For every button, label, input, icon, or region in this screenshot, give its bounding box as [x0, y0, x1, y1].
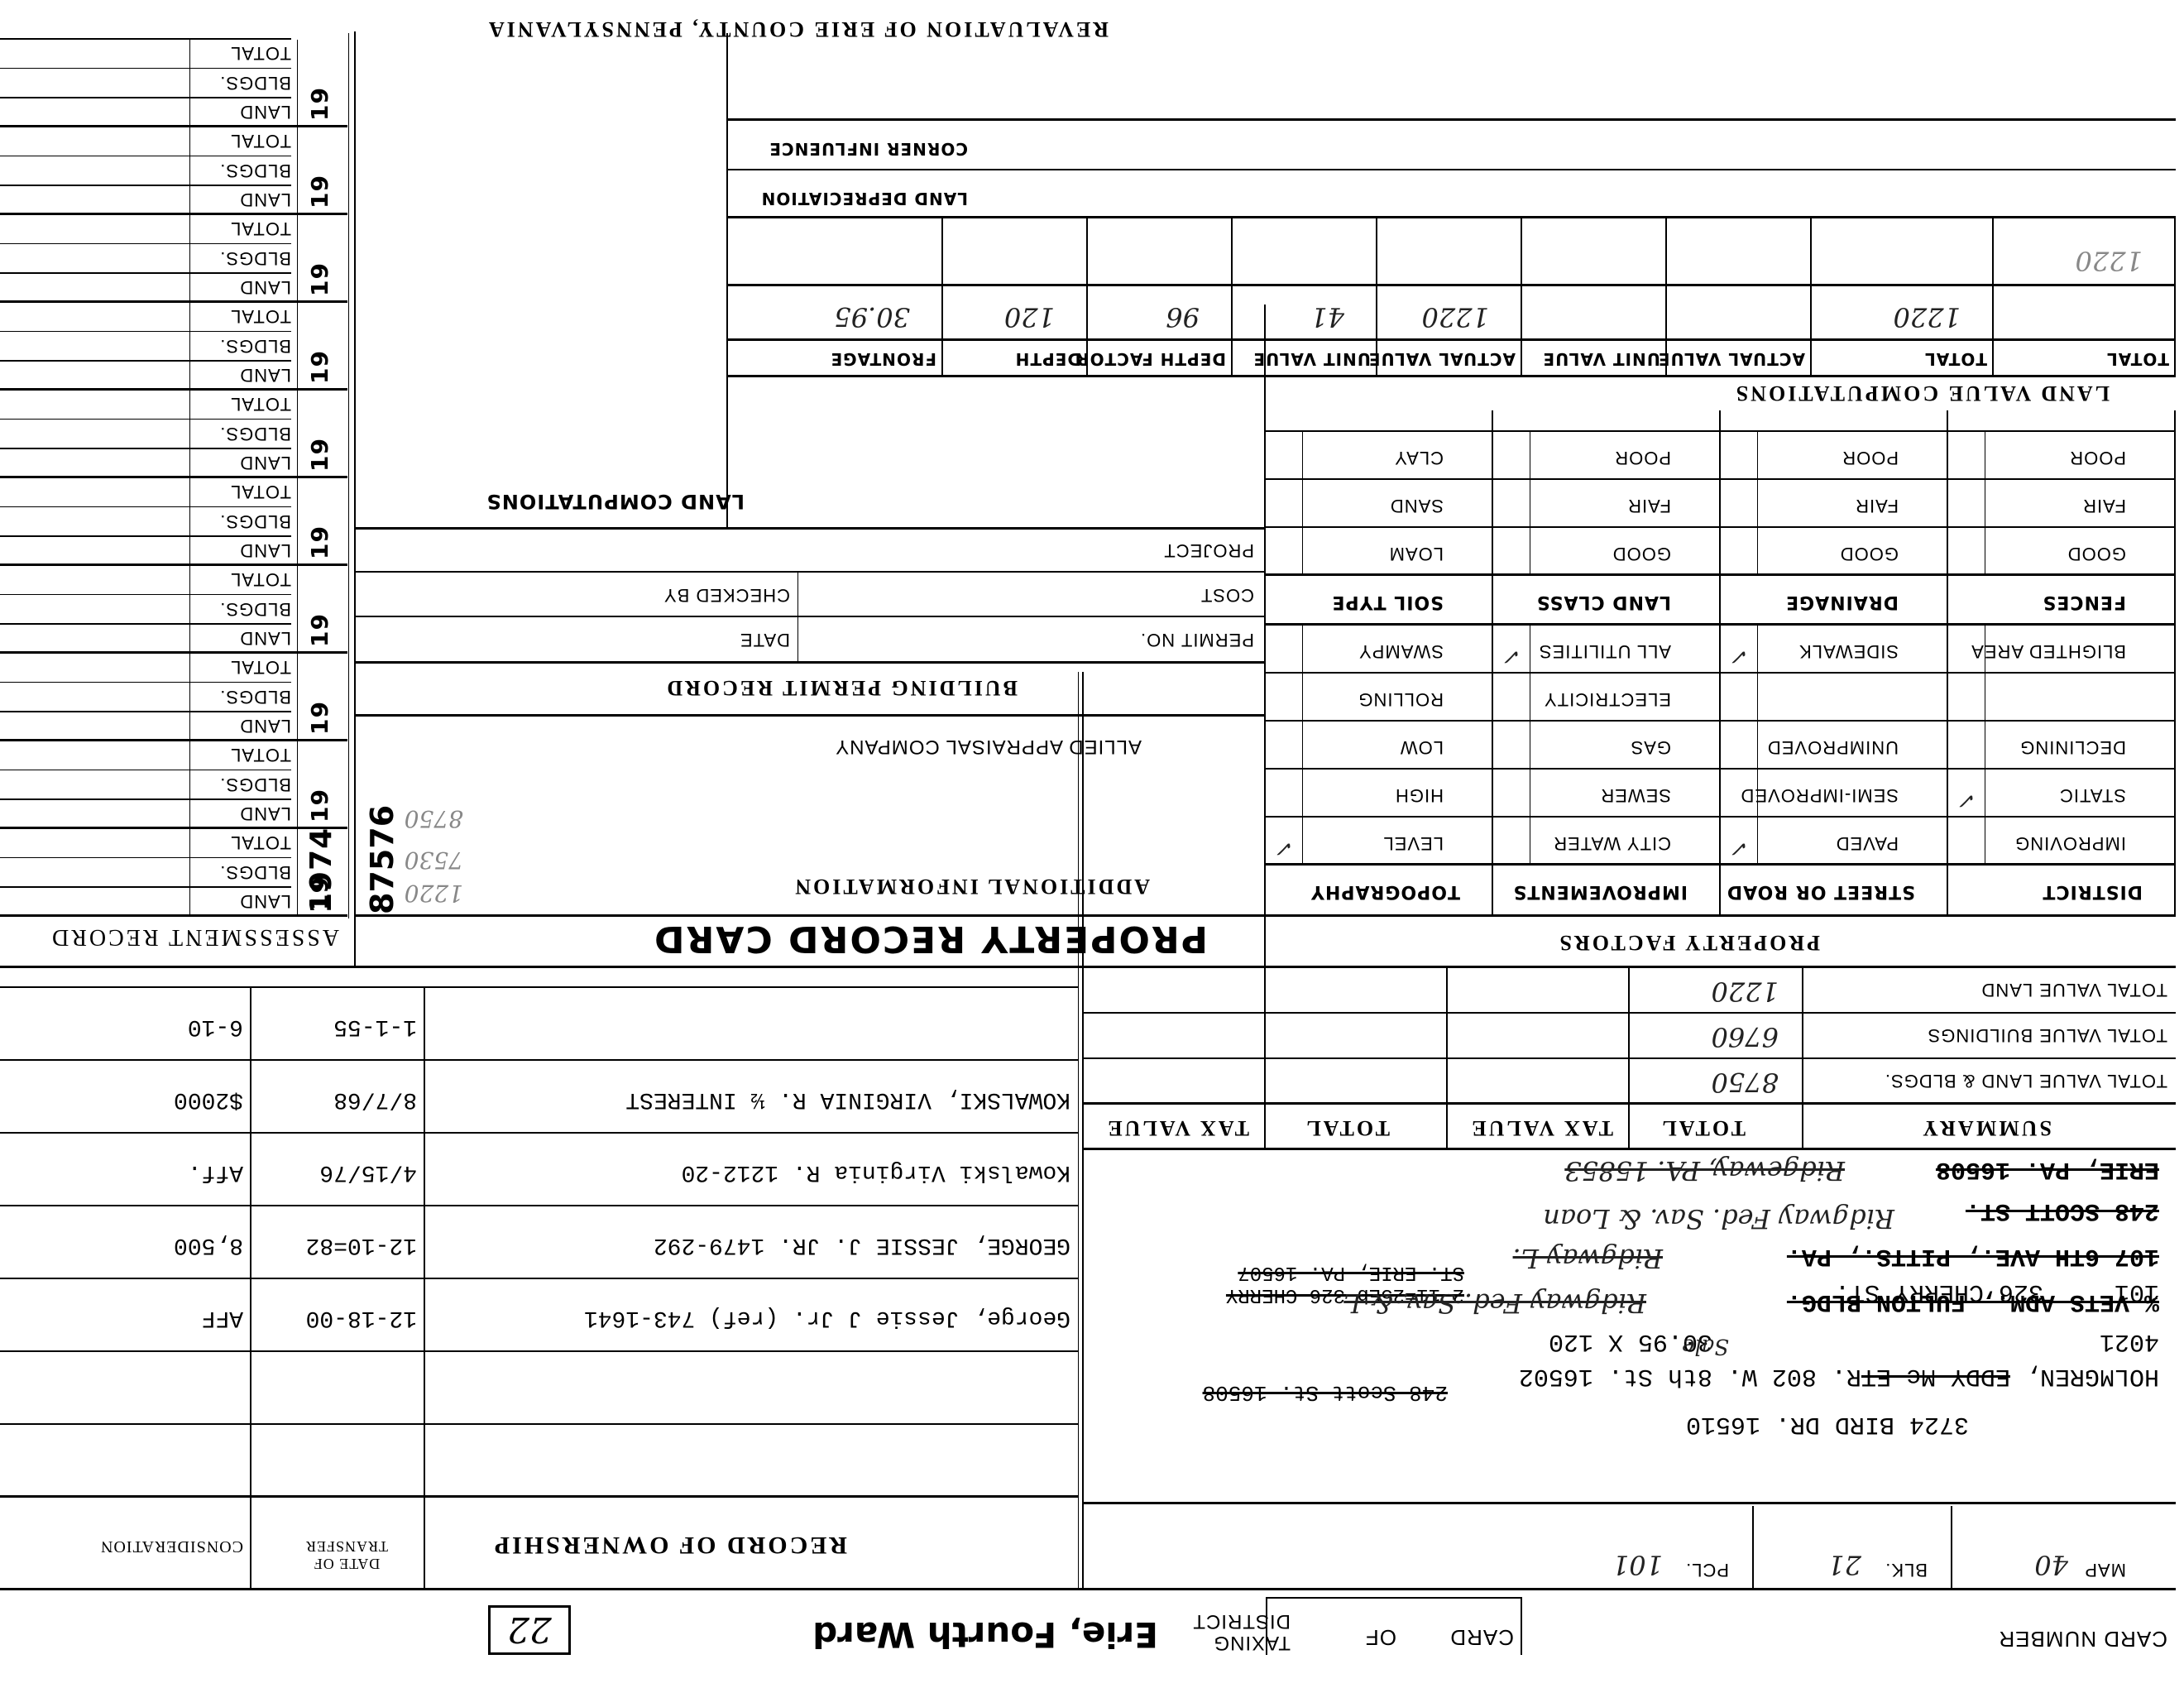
pf-option-2: FAIR: [1855, 495, 1899, 516]
consideration: Aff.: [188, 1159, 243, 1185]
pf-option: BLIGHTED AREA: [1971, 640, 2126, 662]
consideration: 8,500: [174, 1232, 243, 1258]
pf-option-2: POOR: [2069, 447, 2126, 468]
ownership-row: George, Jessie J Jr. (ref) 743-164112-18…: [0, 1278, 1079, 1350]
year-prefix: 19: [306, 350, 333, 384]
lvc-value: 120: [1004, 301, 1055, 333]
summary-row-total: 8750: [1712, 1067, 1779, 1098]
assess-row-label: TOTAL: [230, 305, 291, 327]
mailing-name-struck: EDDY Mc ET: [1861, 1362, 2010, 1390]
summary-col-tax-value-2: TAX VALUE: [1105, 1115, 1249, 1140]
of-label: OF: [1365, 1624, 1396, 1650]
check-mark-icon[interactable]: ✓: [1731, 836, 1750, 861]
note-sale: Sale: [1682, 1334, 1729, 1359]
pf-header: IMPROVEMENTS: [1513, 881, 1688, 902]
lvc-value-2: 1220: [2076, 245, 2143, 276]
stamp-value-text: 87576: [364, 805, 400, 914]
year-prefix: 19: [306, 87, 333, 121]
pf-option-2: POOR: [1842, 447, 1899, 468]
pf-option: SIDEWALK: [1798, 640, 1899, 662]
pf-option: LOW: [1400, 736, 1444, 758]
pf-option-2: CLAY: [1394, 447, 1444, 468]
land-value-computations-title: LAND VALUE COMPUTATIONS: [1734, 381, 2110, 405]
parcel-ids: MAP 40 BLK. 21 PCL. 101: [1084, 1506, 2176, 1589]
pcl-value: 101: [1612, 1549, 1663, 1580]
ownership-rows: George, Jessie J Jr. (ref) 743-164112-18…: [0, 975, 1079, 1496]
pf-option: IMPROVING: [2014, 832, 2126, 854]
year-prefix: 19: [306, 789, 333, 822]
struck-line-6: 107 6TH AVE., PITTS., PA.: [1787, 1242, 2159, 1270]
revaluation-title: REVALUATION OF ERIE COUNTY, PENNSYLVANIA: [486, 17, 1109, 41]
assess-row-label: LAND: [239, 189, 291, 210]
lvc-header: DEPTH: [1015, 349, 1081, 369]
pf-option: GAS: [1631, 736, 1671, 758]
ownership-title: RECORD OF OWNERSHIP: [492, 1531, 847, 1559]
permit-project-label: PROJECT: [1163, 539, 1254, 561]
summary-col-tax-value: TAX VALUE: [1469, 1115, 1613, 1140]
lvc-header: FRONTAGE: [831, 349, 936, 369]
lvc-value: 1220: [1894, 301, 1961, 333]
summary-row-label: TOTAL VALUE BUILDINGS: [1928, 1024, 2167, 1046]
property-factors-grid: DISTRICTSTREET OR ROADIMPROVEMENTSTOPOGR…: [1266, 410, 2176, 915]
lvc-value: 96: [1166, 301, 1200, 333]
summary-title: SUMMARY: [1920, 1115, 2052, 1140]
transfer-date: 12-10=82: [306, 1232, 417, 1258]
building-permit-title: BUILDING PERMIT RECORD: [664, 675, 1018, 700]
summary-col-total-2: TOTAL: [1304, 1115, 1390, 1140]
pf-option-2: SAND: [1390, 495, 1444, 516]
year-prefix: 19: [306, 613, 333, 647]
year-prefix: 19: [306, 701, 333, 735]
land-value-computations-title-cell: LAND VALUE COMPUTATIONS: [1266, 377, 2176, 410]
assess-row-label: TOTAL: [230, 481, 291, 502]
assess-row-label: TOTAL: [230, 42, 291, 64]
permit-date-label: DATE: [740, 629, 790, 650]
lvc-header: ACTUAL VALUE: [1658, 349, 1805, 369]
box-value: 22: [488, 1605, 571, 1655]
property-factors-title-cell: PROPERTY FACTORS: [1266, 917, 2176, 966]
owner-name: GEORGE, JESSIE J. JR. 1479-292: [654, 1232, 1070, 1258]
blk-value: 21: [1827, 1549, 1861, 1580]
assess-row-label: BLDGS.: [219, 247, 291, 269]
stamp-value: 87576: [356, 749, 397, 914]
lvc-header: TOTAL: [2106, 349, 2169, 369]
year-prefix: 19: [306, 262, 333, 296]
card-of-box: CARD OF: [1266, 1597, 1522, 1655]
add-info-hand-2: 7530: [405, 846, 463, 874]
pf-option: PAVED: [1836, 832, 1899, 854]
land-computations-label: LAND COMPUTATIONS: [486, 490, 745, 513]
pcl-label: PCL.: [1685, 1559, 1729, 1580]
pf-option: SEMI-IMPROVED: [1741, 784, 1899, 806]
additional-info: ADDITIONAL INFORMATION ALLIED APPRAISAL …: [356, 717, 1266, 915]
summary-col-total: TOTAL: [1660, 1115, 1746, 1140]
pf-option: LEVEL: [1383, 832, 1444, 854]
assessment-record: 19LANDBLDGS.TOTAL19LANDBLDGS.TOTAL19LAND…: [0, 31, 347, 917]
current-address: 3724 BIRD DR. 16510: [1686, 1410, 1969, 1438]
consideration: 6-10: [188, 1014, 243, 1039]
pf-option: UNIMPROVED: [1767, 736, 1899, 758]
pf-option: ALL UTILITIES: [1539, 640, 1671, 662]
assess-row-label: TOTAL: [230, 130, 291, 151]
hand-line-6: Ridgway L.: [1513, 1243, 1663, 1274]
consideration: AFF: [202, 1305, 243, 1331]
permit-cost-label: COST: [1200, 584, 1254, 606]
stamp-year: 1974: [304, 827, 338, 914]
lvc-header: UNIT VALUE: [1252, 349, 1371, 369]
assess-row-label: LAND: [239, 364, 291, 386]
lvc-value: 30.95: [834, 301, 910, 333]
ownership-row: GEORGE, JESSIE J. JR. 1479-29212-10=828,…: [0, 1205, 1079, 1278]
card-label: CARD: [1449, 1624, 1514, 1650]
assess-row-label: BLDGS.: [219, 686, 291, 707]
ownership-row: KOWALSKI, VIRGINIA R. ½ INTEREST8/7/68$2…: [0, 1059, 1079, 1132]
map-label: MAP: [2084, 1559, 2126, 1580]
assess-row-label: TOTAL: [230, 218, 291, 239]
lvc-value: 41: [1310, 301, 1344, 333]
mailing-name: HOLMGREN,: [2010, 1362, 2159, 1390]
pf-header-2: FENCES: [2043, 592, 2127, 612]
permit-no-label: PERMIT NO.: [1140, 629, 1254, 650]
pf-header-2: SOIL TYPE: [1332, 592, 1444, 612]
assess-row-label: TOTAL: [230, 656, 291, 678]
struck-line-5: % VETS ADM., FULTON BLDG.: [1787, 1288, 2159, 1316]
taxing-district-label: TAXING DISTRICT: [1166, 1610, 1291, 1653]
property-factors-title: PROPERTY FACTORS: [1558, 930, 1820, 955]
pf-option: SWAMPY: [1358, 640, 1444, 662]
check-mark-icon[interactable]: ✓: [1959, 788, 1977, 813]
pf-option: ROLLING: [1358, 688, 1444, 710]
transfer-date: 1-1-55: [333, 1014, 417, 1039]
assess-row-label: TOTAL: [230, 744, 291, 765]
hand-line-7: Ridgway Fed. Sav. & Loan: [1543, 1203, 1894, 1235]
pf-option: STATIC: [2059, 784, 2126, 806]
pf-option-2: GOOD: [1840, 543, 1899, 564]
add-info-hand-3: 8750: [405, 805, 463, 832]
assess-row-label: LAND: [239, 539, 291, 561]
checked-by-label: CHECKED BY: [663, 584, 790, 606]
lvc-header: UNIT VALUE: [1542, 349, 1660, 369]
lvc-header: ACTUAL VALUE: [1368, 349, 1516, 369]
assess-row-label: LAND: [239, 627, 291, 649]
col-date-of-transfer: DATE OF TRANSFER: [276, 1537, 417, 1572]
pf-option-2: GOOD: [1612, 543, 1671, 564]
lvc-header: TOTAL: [1924, 349, 1987, 369]
pf-header: STREET OR ROAD: [1727, 881, 1915, 902]
owner-name: George, Jessie J Jr. (ref) 743-1641: [584, 1305, 1070, 1331]
blk-label: BLK.: [1885, 1559, 1928, 1580]
pf-header: TOPOGRAPHY: [1310, 881, 1460, 902]
pf-option: DECLINING: [2019, 736, 2126, 758]
col-consideration: CONSIDERATION: [100, 1537, 243, 1556]
ownership-row: [0, 1350, 1079, 1423]
pf-option-2: POOR: [1614, 447, 1671, 468]
additional-info-title: ADDITIONAL INFORMATION: [793, 874, 1150, 899]
assess-row-label: LAND: [239, 276, 291, 298]
owner-name: KOWALSKI, VIRGINIA R. ½ INTEREST: [625, 1086, 1070, 1112]
card-number-label: CARD NUMBER: [1998, 1628, 2167, 1651]
pf-option-2: FAIR: [1627, 495, 1671, 516]
pf-option: SEWER: [1600, 784, 1671, 806]
lvc-value: 1220: [1422, 301, 1489, 333]
assess-row-label: LAND: [239, 452, 291, 473]
ownership-row: 1-1-556-10: [0, 986, 1079, 1059]
struck-line-7: 248 SCOTT ST.: [1966, 1196, 2159, 1225]
assess-row-label: BLDGS.: [219, 160, 291, 181]
pf-option-2: FAIR: [2082, 495, 2126, 516]
assess-row-label: LAND: [239, 101, 291, 122]
check-mark-icon[interactable]: ✓: [1276, 836, 1295, 861]
year-prefix: 19: [306, 525, 333, 559]
transfer-date: 4/15/76: [319, 1159, 417, 1185]
assess-row-label: TOTAL: [230, 393, 291, 415]
assess-row-label: BLDGS.: [219, 72, 291, 94]
assess-row-label: BLDGS.: [219, 598, 291, 620]
hand-line-8: Ridgeway, PA. 15853: [1564, 1155, 1845, 1187]
assess-row-label: BLDGS.: [219, 335, 291, 357]
summary-row-total: 6760: [1712, 1021, 1779, 1053]
check-mark-icon[interactable]: ✓: [1731, 644, 1750, 669]
pf-option-2: LOAM: [1389, 543, 1444, 564]
appraisal-company: ALLIED APPRAISAL COMPANY: [835, 735, 1142, 758]
assessment-record-title: ASSESSMENT RECORD: [50, 923, 339, 950]
taxing-district-value: Erie, Fourth Ward: [812, 1614, 1158, 1655]
ownership-row: Kowalski Virginia R. 1212-204/15/76Aff.: [0, 1132, 1079, 1205]
assess-row-label: BLDGS.: [219, 423, 291, 444]
ownership-header: RECORD OF OWNERSHIP DATE OF TRANSFER CON…: [3, 1498, 1079, 1589]
map-value: 40: [2034, 1549, 2068, 1580]
main-title: PROPERTY RECORD CARD: [653, 918, 1208, 960]
pf-header-2: DRAINAGE: [1785, 592, 1899, 612]
pf-option: HIGH: [1395, 784, 1444, 806]
year-prefix: 19: [306, 175, 333, 209]
hand-line-5: Ridgway Fed. Sav. & L: [1343, 1288, 1646, 1319]
transfer-date: 8/7/68: [333, 1086, 417, 1112]
assess-row-label: TOTAL: [230, 832, 291, 853]
assess-row-label: TOTAL: [230, 568, 291, 590]
assess-row-label: BLDGS.: [219, 774, 291, 795]
summary-row-total: 1220: [1712, 976, 1779, 1007]
pf-header: DISTRICT: [2042, 881, 2143, 902]
mailing-address: R. 802 W. 8th St. 16502: [1519, 1362, 1861, 1390]
assess-row-label: LAND: [239, 715, 291, 736]
owner-name: Kowalski Virginia R. 1212-20: [682, 1159, 1070, 1185]
transfer-date: 12-18-00: [306, 1305, 417, 1331]
check-mark-icon[interactable]: ✓: [1504, 644, 1522, 669]
property-record-card: CARD NUMBER CARD OF TAXING DISTRICT Erie…: [0, 0, 2184, 1688]
summary-row-label: TOTAL VALUE LAND & BLDGS.: [1885, 1070, 2167, 1091]
mailing-history: HOLMGREN, EDDY Mc ETR. 802 W. 8th St. 16…: [1084, 1142, 2176, 1390]
assess-row-label: BLDGS.: [219, 511, 291, 532]
summary-table: SUMMARY TOTAL TAX VALUE TOTAL TAX VALUE …: [1084, 968, 2176, 1150]
summary-row-label: TOTAL VALUE LAND: [1981, 979, 2167, 1000]
pf-option: ELECTRICITY: [1544, 688, 1671, 710]
consideration: $2000: [174, 1086, 243, 1112]
assess-row-label: LAND: [239, 803, 291, 824]
lvc-header: DEPTH FACTOR: [1075, 349, 1226, 369]
pf-option-2: GOOD: [2067, 543, 2126, 564]
assess-row-label: LAND: [239, 890, 291, 912]
year-prefix: 19: [306, 438, 333, 472]
lower-section: TOTAL1220TOTAL1220ACTUAL VALUEUNIT VALUE…: [728, 12, 2176, 376]
ownership-row: [0, 1423, 1079, 1496]
pf-header-2: LAND CLASS: [1536, 592, 1671, 612]
struck-line-8: ERIE, PA. 16508: [1936, 1155, 2159, 1183]
pf-option: CITY WATER: [1553, 832, 1671, 854]
assess-row-label: BLDGS.: [219, 861, 291, 883]
add-info-hand-1: 1220: [405, 880, 463, 907]
